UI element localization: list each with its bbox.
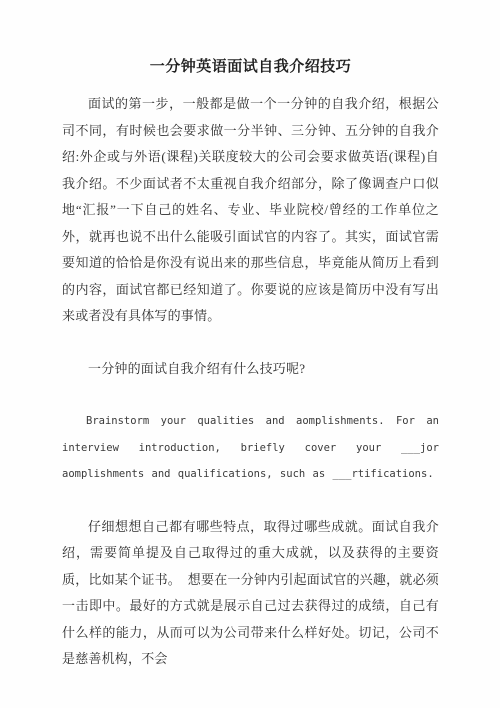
paragraph-intro: 面试的第一步，一般都是做一个一分钟的自我介绍，根据公司不同，有时候也会要求做一分… [62, 91, 439, 330]
document-title: 一分钟英语面试自我介绍技巧 [62, 57, 439, 77]
paragraph-advice: 仔细想想自己都有哪些特点，取得过哪些成就。面试自我介绍，需要简单提及自己取得过的… [62, 514, 439, 673]
paragraph-question: 一分钟的面试自我介绍有什么技巧呢? [62, 356, 439, 383]
document-page: 一分钟英语面试自我介绍技巧 面试的第一步，一般都是做一个一分钟的自我介绍，根据公… [0, 0, 500, 708]
scanned-document: { "page": { "background_color": "#fefefe… [0, 0, 500, 708]
paragraph-english-tip: Brainstorm your qualities and aomplishme… [62, 408, 439, 488]
